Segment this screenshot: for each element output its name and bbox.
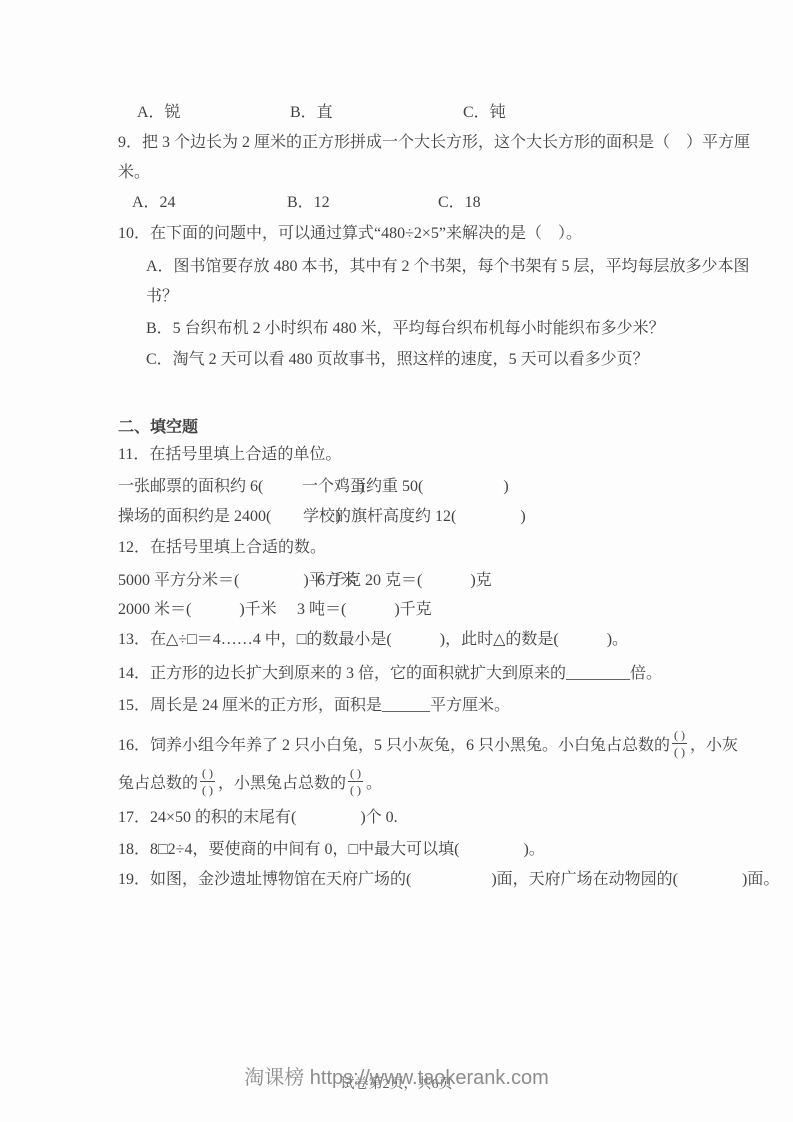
q19-stem: 19．如图，金沙遗址博物馆在天府广场的( )面，天府广场在动物园的( )面。 [118, 870, 718, 890]
q8-option-c: C．钝 [463, 103, 506, 123]
fraction-blank: ( )( ) [200, 766, 215, 797]
q9-option-a: A．24 [132, 193, 176, 213]
q11-stem: 11．在括号里填上合适的单位。 [118, 445, 718, 465]
q16-stem-line1: 16．饲养小组今年养了 2 只小白兔，5 只小灰兔，6 只小黑兔。小白兔占总数的… [118, 728, 718, 765]
q8-option-a: A．锐 [137, 103, 181, 123]
exam-page: A．锐 B．直 C．钝 9．把 3 个边长为 2 厘米的正方形拼成一个大长方形，… [0, 0, 793, 1122]
q10-option-a-line2: 书？ [146, 287, 746, 307]
section-2-title: 二、填空题 [118, 418, 718, 438]
q15-stem: 15．周长是 24 厘米的正方形，面积是______平方厘米。 [118, 696, 718, 716]
q11-row2-right: 学校的旗杆高度约 12( ) [303, 507, 526, 527]
q14-stem: 14．正方形的边长扩大到原来的 3 倍，它的面积就扩大到原来的________倍… [118, 664, 718, 684]
q10-option-a-line1: A．图书馆要存放 480 本书，其中有 2 个书架，每个书架有 5 层，平均每层… [146, 257, 746, 277]
q9-options-row: A．24 B．12 C．18 [118, 193, 718, 213]
q12-row1-right: 6 千克 20 克＝( )克 [317, 571, 492, 591]
q11-row1: 一张邮票的面积约 6( ) 一个鸡蛋约重 50( ) [118, 477, 718, 497]
q17-stem: 17．24×50 的积的末尾有( )个 0. [118, 808, 718, 828]
q9-option-c: C．18 [438, 193, 481, 213]
q13-stem: 13．在△÷□＝4……4 中，□的数最小是( )，此时△的数是( )。 [118, 630, 718, 650]
q16-stem-line2: 兔占总数的( )( )，小黑兔占总数的( )( )。 [118, 766, 718, 803]
q11-row2: 操场的面积约是 2400( ) 学校的旗杆高度约 12( ) [118, 507, 718, 527]
q9-stem-line1: 9．把 3 个边长为 2 厘米的正方形拼成一个大长方形，这个大长方形的面积是（ … [118, 133, 718, 153]
fraction-blank: ( )( ) [672, 728, 687, 759]
watermark-text: 淘课榜 https://www.taokerank.com [0, 1061, 793, 1090]
q12-row2: 2000 米＝( )千米 3 吨＝( )千克 [118, 600, 718, 620]
q10-option-b: B．5 台织布机 2 小时织布 480 米，平均每台织布机每小时能织布多少米？ [146, 319, 746, 339]
q8-option-b: B．直 [290, 103, 333, 123]
q10-option-c: C．淘气 2 天可以看 480 页故事书，照这样的速度，5 天可以看多少页？ [146, 350, 746, 370]
q12-row2-right: 3 吨＝( )千克 [297, 600, 432, 620]
q18-stem: 18．8□2÷4，要使商的中间有 0，□中最大可以填( )。 [118, 840, 718, 860]
fraction-blank: ( )( ) [348, 766, 363, 797]
q9-option-b: B．12 [287, 193, 330, 213]
q9-stem-line2: 米。 [118, 163, 718, 183]
q8-options-row: A．锐 B．直 C．钝 [118, 103, 718, 123]
q12-row1: 5000 平方分米＝( )平方米 6 千克 20 克＝( )克 [118, 571, 718, 591]
q12-stem: 12．在括号里填上合适的数。 [118, 538, 718, 558]
q10-stem: 10．在下面的问题中，可以通过算式“480÷2×5”来解决的是（ ）。 [118, 224, 718, 244]
q11-row1-right: 一个鸡蛋约重 50( ) [302, 477, 509, 497]
q12-row2-left: 2000 米＝( )千米 [118, 601, 277, 618]
